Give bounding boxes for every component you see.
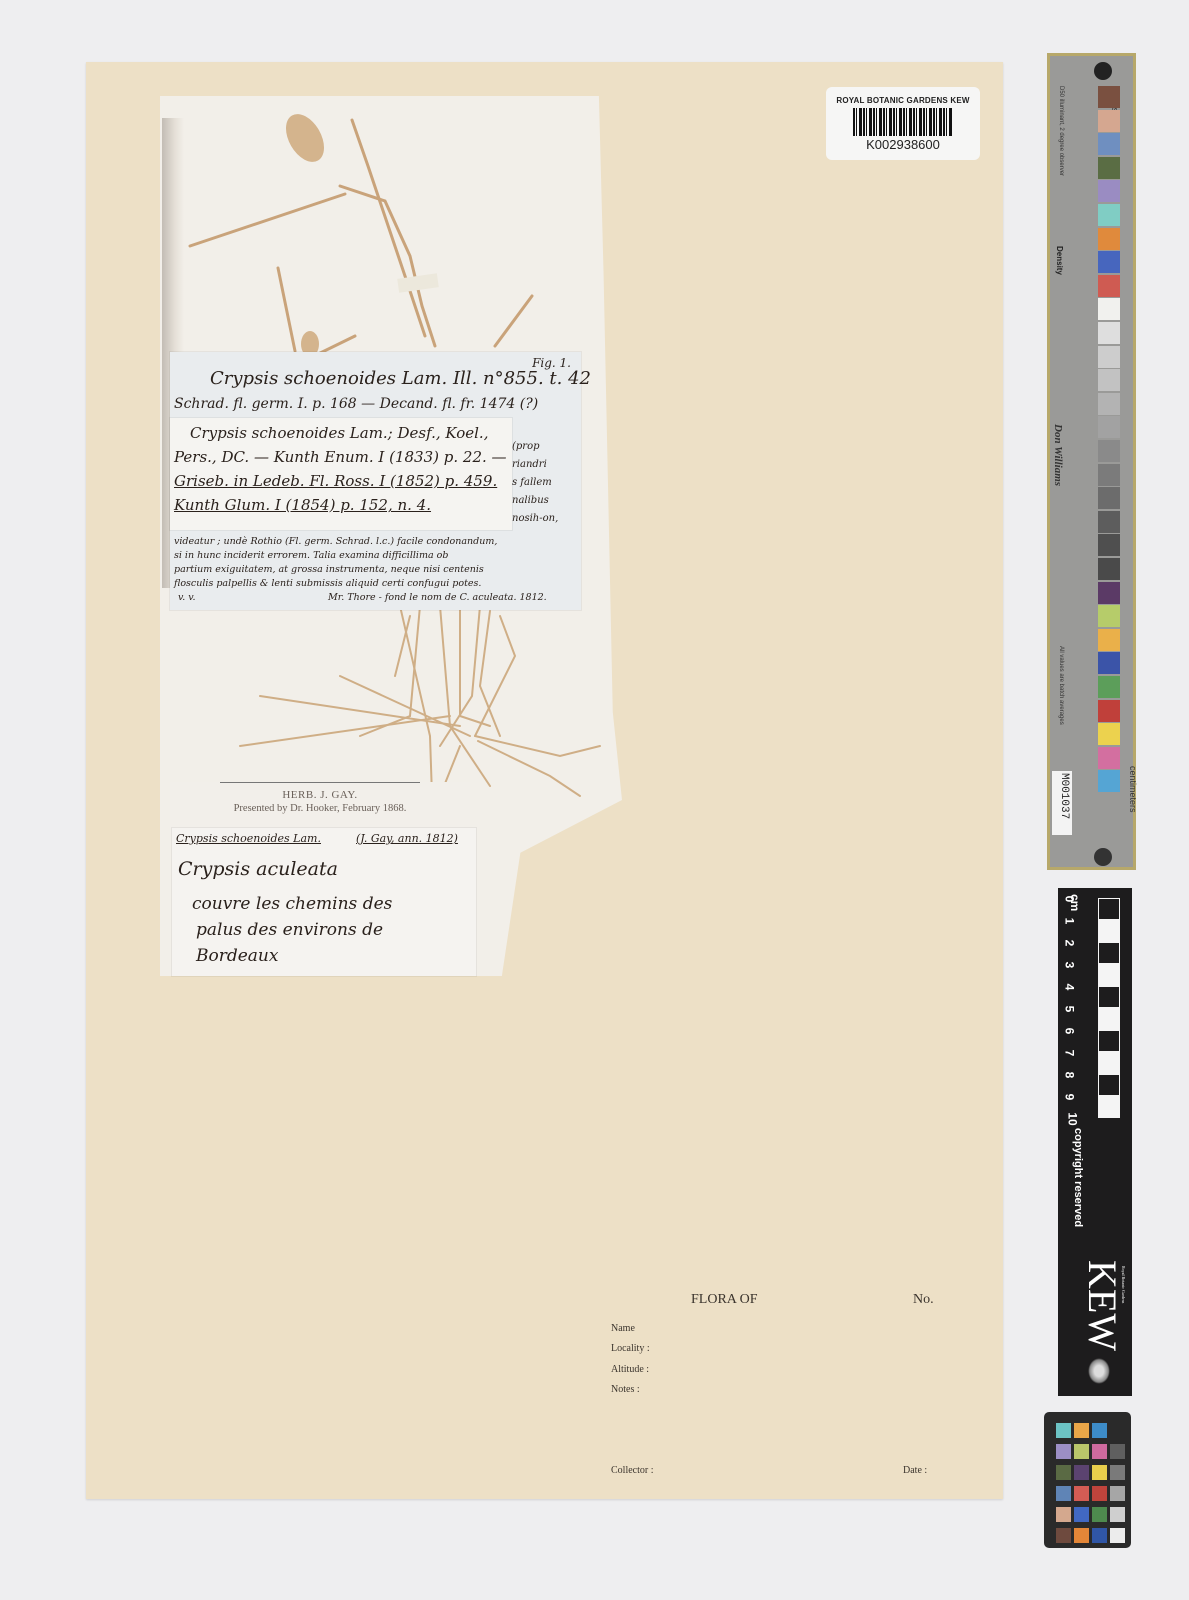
field-label-line-2: couvre les chemins des <box>192 894 392 914</box>
color-swatch <box>1098 723 1120 745</box>
color-checker-patch <box>1056 1444 1071 1459</box>
cm-scale-segment <box>1098 1030 1120 1052</box>
cm-tick-label: 0 <box>1062 896 1076 903</box>
synonymy-label: Crypsis schoenoides Lam.; Desf., Koel., … <box>170 418 512 530</box>
color-swatch <box>1098 369 1120 391</box>
form-collector-label: Collector : <box>611 1465 654 1476</box>
crest-icon <box>1088 1358 1110 1384</box>
cm-scale-segment <box>1098 920 1120 942</box>
cm-scale-segment <box>1098 1096 1120 1118</box>
stamp-rule <box>220 782 420 783</box>
stamp-subtitle: Presented by Dr. Hooker, February 1868. <box>170 803 470 814</box>
determination-line-5: partium exiguitatem, at grossa instrumen… <box>174 564 484 575</box>
cm-tick-label: 9 <box>1062 1094 1076 1101</box>
color-checker-patch <box>1092 1444 1107 1459</box>
color-swatch <box>1098 652 1120 674</box>
cm-scale-segment <box>1098 1074 1120 1096</box>
determination-line-7-right: Mr. Thore - fond le nom de C. aculeata. … <box>328 592 547 603</box>
determination-line-3: videatur ; undè Rothio (Fl. germ. Schrad… <box>174 536 497 547</box>
synonymy-line-1: Crypsis schoenoides Lam.; Desf., Koel., <box>190 424 488 442</box>
color-swatch <box>1098 747 1120 769</box>
form-field-name: Name <box>611 1323 635 1334</box>
color-checker-patch <box>1110 1507 1125 1522</box>
color-checker-patch <box>1092 1507 1107 1522</box>
color-checker-patch <box>1074 1444 1089 1459</box>
margin-fragments: (prop riandri s fallem nalibus nosih-on, <box>512 438 558 528</box>
cm-tick-label: 1 <box>1062 918 1076 925</box>
color-swatch <box>1098 440 1120 462</box>
cm-scale-segment <box>1098 942 1120 964</box>
color-checker-patch <box>1056 1486 1071 1501</box>
form-field-locality: Locality : <box>611 1343 650 1354</box>
synonymy-line-3: Griseb. in Ledeb. Fl. Ross. I (1852) p. … <box>174 472 497 490</box>
color-swatch <box>1098 204 1120 226</box>
cm-scale-segment <box>1098 964 1120 986</box>
color-checker-patch <box>1074 1507 1089 1522</box>
color-checker-patch <box>1074 1465 1089 1480</box>
determination-line-2: Schrad. fl. germ. I. p. 168 — Decand. fl… <box>174 396 538 412</box>
stamp-title: HERB. J. GAY. <box>170 789 470 801</box>
maker-label: Don Williams <box>1052 424 1064 486</box>
color-checker-patch <box>1056 1465 1071 1480</box>
color-swatch <box>1098 228 1120 250</box>
color-checker-patch <box>1092 1486 1107 1501</box>
illuminant-note: D50 illuminant, 2 degree observer <box>1058 86 1064 176</box>
synonymy-line-2: Pers., DC. — Kunth Enum. I (1833) p. 22.… <box>174 448 507 466</box>
cm-scale-segment <box>1098 986 1120 1008</box>
color-swatch <box>1098 700 1120 722</box>
registration-dot-top <box>1094 62 1112 80</box>
color-swatch <box>1098 676 1120 698</box>
determination-line-4: si in hunc inciderit errorem. Talia exam… <box>174 550 448 561</box>
color-swatch <box>1098 251 1120 273</box>
cm-tick-label: 2 <box>1062 940 1076 947</box>
color-checker-patch <box>1110 1465 1125 1480</box>
color-checker-patch <box>1110 1528 1125 1543</box>
color-swatch <box>1098 511 1120 533</box>
form-number-label: No. <box>913 1292 934 1308</box>
color-swatch <box>1098 558 1120 580</box>
cm-tick-label: 5 <box>1062 1006 1076 1013</box>
field-label: Crypsis schoenoides Lam. (J. Gay, ann. 1… <box>172 828 476 976</box>
color-swatch <box>1098 629 1120 651</box>
herbarium-stamp: HERB. J. GAY. Presented by Dr. Hooker, F… <box>170 782 470 834</box>
cm-tick-label: 8 <box>1062 1072 1076 1079</box>
color-checker-patch <box>1056 1423 1071 1438</box>
field-label-header-left: Crypsis schoenoides Lam. <box>176 832 321 845</box>
cm-scale-segment <box>1098 1052 1120 1074</box>
cm-scale-segment <box>1098 898 1120 920</box>
color-checker-patch <box>1110 1423 1125 1438</box>
color-checker-patch <box>1092 1528 1107 1543</box>
color-swatch <box>1098 275 1120 297</box>
color-checker-patch <box>1110 1444 1125 1459</box>
color-swatch <box>1098 110 1120 132</box>
cm-tick-label: 10 <box>1066 1112 1080 1125</box>
color-swatch <box>1098 180 1120 202</box>
form-field-notes: Notes : <box>611 1384 640 1395</box>
color-swatch <box>1098 298 1120 320</box>
color-swatch <box>1098 582 1120 604</box>
color-swatch <box>1098 464 1120 486</box>
registration-dot-bottom <box>1094 848 1112 866</box>
color-checker-card <box>1044 1412 1131 1548</box>
density-label: Density <box>1055 246 1064 275</box>
id-tag: M001037 <box>1052 771 1072 835</box>
barcode-number: K002938600 <box>826 137 980 152</box>
barcode-icon <box>853 108 953 136</box>
color-swatch <box>1098 322 1120 344</box>
form-date-label: Date : <box>903 1465 927 1476</box>
copyright-label: copyright reserved <box>1072 1128 1084 1227</box>
color-swatch <box>1098 487 1120 509</box>
color-swatch <box>1098 346 1120 368</box>
form-title: FLORA OF <box>691 1292 758 1308</box>
color-checker-patch <box>1074 1486 1089 1501</box>
field-label-header-right: (J. Gay, ann. 1812) <box>356 832 458 845</box>
kew-logo-subtitle: Royal Botanic Gardens <box>1121 1266 1126 1303</box>
determination-line-1: Crypsis schoenoides Lam. Ill. n°855. t. … <box>210 368 591 389</box>
form-field-altitude: Altitude : <box>611 1364 649 1375</box>
kew-logo: KEW <box>1082 1260 1122 1351</box>
batch-note: All values are batch averages <box>1058 646 1064 725</box>
color-calibration-bar: inches D50 illuminant, 2 degree observer… <box>1047 53 1136 870</box>
color-swatch <box>1098 133 1120 155</box>
cm-tick-label: 6 <box>1062 1028 1076 1035</box>
color-checker-patch <box>1092 1423 1107 1438</box>
cm-tick-label: 4 <box>1062 984 1076 991</box>
color-swatch <box>1098 86 1120 108</box>
determination-line-6: flosculis palpellis & lenti submissis al… <box>174 578 481 589</box>
cm-scale-segment <box>1098 1008 1120 1030</box>
centimeters-label: centimeters <box>1128 766 1138 813</box>
cm-tick-label: 3 <box>1062 962 1076 969</box>
field-label-line-1: Crypsis aculeata <box>178 858 338 880</box>
color-swatch <box>1098 534 1120 556</box>
color-swatch <box>1098 157 1120 179</box>
color-checker-patch <box>1056 1528 1071 1543</box>
color-checker-patch <box>1074 1423 1089 1438</box>
synonymy-line-4: Kunth Glum. I (1854) p. 152, n. 4. <box>174 496 431 514</box>
color-swatch <box>1098 393 1120 415</box>
institution-name: ROYAL BOTANIC GARDENS KEW <box>826 96 980 105</box>
barcode-label: ROYAL BOTANIC GARDENS KEW K002938600 <box>826 87 980 160</box>
color-swatch <box>1098 416 1120 438</box>
field-label-line-4: Bordeaux <box>196 946 278 966</box>
field-label-line-3: palus des environs de <box>196 920 383 940</box>
color-checker-patch <box>1110 1486 1125 1501</box>
cm-tick-label: 7 <box>1062 1050 1076 1057</box>
color-checker-patch <box>1074 1528 1089 1543</box>
centimeter-scale: cm 012345678910 copyright reserved KEW R… <box>1058 888 1132 1396</box>
color-swatch <box>1098 770 1120 792</box>
color-checker-patch <box>1056 1507 1071 1522</box>
color-swatch <box>1098 605 1120 627</box>
determination-line-7-left: v. v. <box>178 592 196 603</box>
color-checker-patch <box>1092 1465 1107 1480</box>
